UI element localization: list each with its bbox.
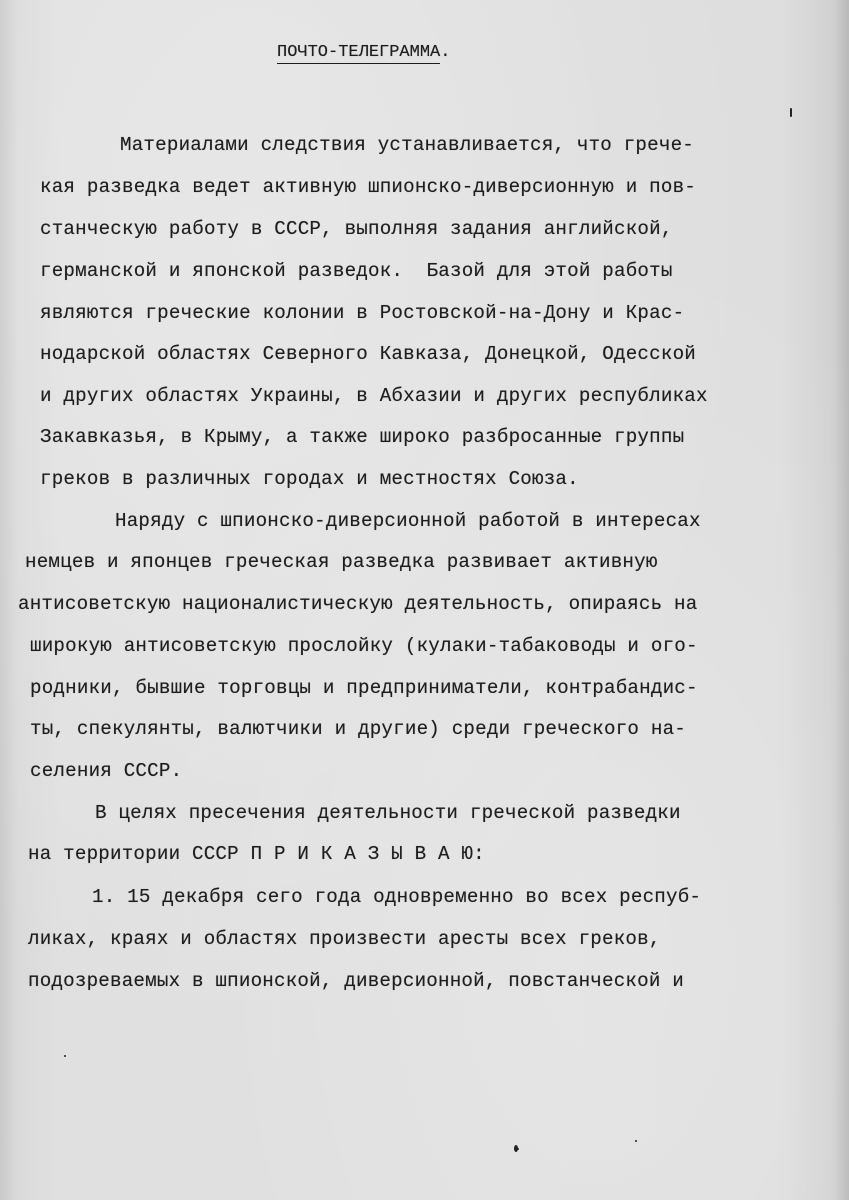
text-line: немцев и японцев греческая разведка разв… xyxy=(25,551,658,573)
ink-speck xyxy=(635,1140,637,1142)
text-line: антисоветскую националистическую деятель… xyxy=(18,593,697,615)
text-line: Закавказья, в Крыму, а также широко разб… xyxy=(40,426,684,448)
text-line: 1. 15 декабря сего года одновременно во … xyxy=(92,886,701,908)
text-line: на территории СССР П Р И К А З Ы В А Ю: xyxy=(28,843,485,865)
margin-mark xyxy=(790,108,792,117)
text-line: нодарской областях Северного Кавказа, До… xyxy=(40,343,696,365)
text-line: являются греческие колонии в Ростовской-… xyxy=(40,302,684,324)
text-line: германской и японской разведок. Базой дл… xyxy=(40,260,673,282)
text-line: греков в различных городах и местностях … xyxy=(40,468,579,490)
document-title: ПОЧТО-ТЕЛЕГРАММА. xyxy=(277,43,450,62)
text-line: станческую работу в СССР, выполняя задан… xyxy=(40,218,673,240)
document-title-period: . xyxy=(440,43,450,62)
text-line: В целях пресечения деятельности греческо… xyxy=(95,802,681,824)
ink-speck xyxy=(64,1055,66,1057)
text-line: и других областях Украины, в Абхазии и д… xyxy=(40,385,708,407)
text-line: родники, бывшие торговцы и предпринимате… xyxy=(30,677,698,699)
ink-speck xyxy=(517,1148,519,1150)
page-edge-shadow xyxy=(835,0,849,1200)
text-line: кая разведка ведет активную шпионско-див… xyxy=(40,176,696,198)
document-page: ПОЧТО-ТЕЛЕГРАММА. Материалами следствия … xyxy=(0,0,849,1200)
text-line: подозреваемых в шпионской, диверсионной,… xyxy=(28,970,684,992)
text-line: ликах, краях и областях произвести арест… xyxy=(28,928,661,950)
text-line: ты, спекулянты, валютчики и другие) сред… xyxy=(30,718,686,740)
document-title-text: ПОЧТО-ТЕЛЕГРАММА xyxy=(277,43,440,64)
text-line: широкую антисоветскую прослойку (кулаки-… xyxy=(30,635,698,657)
text-line: Наряду с шпионско-диверсионной работой в… xyxy=(115,510,701,532)
text-line: селения СССР. xyxy=(30,760,182,782)
text-line: Материалами следствия устанавливается, ч… xyxy=(120,134,694,156)
